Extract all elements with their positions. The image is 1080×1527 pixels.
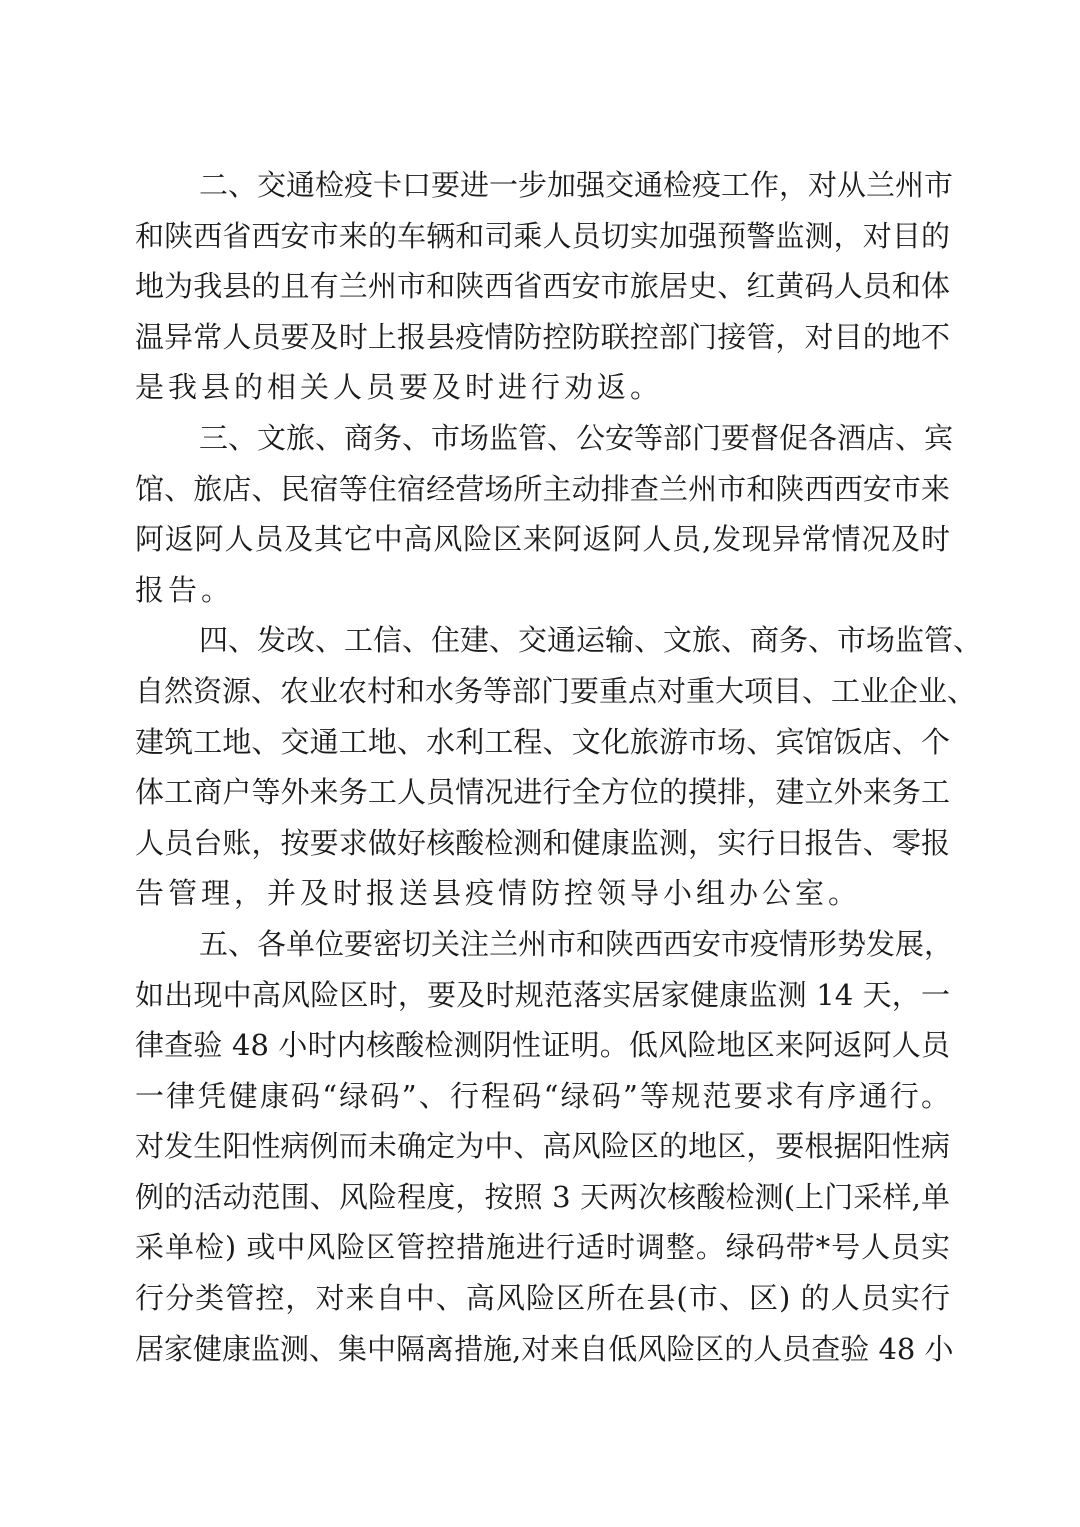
paragraph-line: 律查验 48 小时内核酸检测阴性证明。低风险地区来阿返阿人员 — [135, 1020, 950, 1071]
paragraph-line: 告管理，并及时报送县疫情防控领导小组办公室。 — [135, 868, 950, 919]
paragraph-line: 阿返阿人员及其它中高风险区来阿返阿人员,发现异常情况及时 — [135, 514, 950, 565]
paragraph-line: 例的活动范围、风险程度，按照 3 天两次核酸检测(上门采样,单 — [135, 1172, 950, 1223]
paragraph-line: 四、发改、工信、住建、交通运输、文旅、商务、市场监管、 — [135, 615, 950, 666]
paragraph-line: 体工商户等外来务工人员情况进行全方位的摸排，建立外来务工 — [135, 767, 950, 818]
paragraph-section-2: 二、交通检疫卡口要进一步加强交通检疫工作，对从兰州市 和陕西省西安市来的车辆和司… — [135, 160, 950, 413]
paragraph-line: 行分类管控，对来自中、高风险区所在县(市、区) 的人员实行 — [135, 1273, 950, 1324]
paragraph-line: 如出现中高风险区时，要及时规范落实居家健康监测 14 天，一 — [135, 970, 950, 1021]
paragraph-line: 一律凭健康码“绿码”、行程码“绿码”等规范要求有序通行。 — [135, 1071, 950, 1122]
paragraph-section-5: 五、各单位要密切关注兰州市和陕西西安市疫情形势发展， 如出现中高风险区时，要及时… — [135, 919, 950, 1374]
paragraph-line: 采单检) 或中风险区管控措施进行适时调整。绿码带*号人员实 — [135, 1222, 950, 1273]
paragraph-line: 建筑工地、交通工地、水利工程、文化旅游市场、宾馆饭店、个 — [135, 717, 950, 768]
paragraph-line: 地为我县的且有兰州市和陕西省西安市旅居史、红黄码人员和体 — [135, 261, 950, 312]
paragraph-line: 自然资源、农业农村和水务等部门要重点对重大项目、工业企业、 — [135, 666, 950, 717]
paragraph-line: 温异常人员要及时上报县疫情防控防联控部门接管，对目的地不 — [135, 312, 950, 363]
paragraph-section-4: 四、发改、工信、住建、交通运输、文旅、商务、市场监管、 自然资源、农业农村和水务… — [135, 615, 950, 919]
paragraph-line: 和陕西省西安市来的车辆和司乘人员切实加强预警监测，对目的 — [135, 211, 950, 262]
paragraph-line: 三、文旅、商务、市场监管、公安等部门要督促各酒店、宾 — [135, 413, 950, 464]
paragraph-section-3: 三、文旅、商务、市场监管、公安等部门要督促各酒店、宾 馆、旅店、民宿等住宿经营场… — [135, 413, 950, 615]
paragraph-line: 人员台账，按要求做好核酸检测和健康监测，实行日报告、零报 — [135, 818, 950, 869]
document-page: 二、交通检疫卡口要进一步加强交通检疫工作，对从兰州市 和陕西省西安市来的车辆和司… — [0, 0, 1080, 1527]
paragraph-line: 二、交通检疫卡口要进一步加强交通检疫工作，对从兰州市 — [135, 160, 950, 211]
paragraph-line: 报告。 — [135, 565, 950, 616]
paragraph-line: 是我县的相关人员要及时进行劝返。 — [135, 362, 950, 413]
document-body: 二、交通检疫卡口要进一步加强交通检疫工作，对从兰州市 和陕西省西安市来的车辆和司… — [135, 160, 950, 1374]
paragraph-line: 对发生阳性病例而未确定为中、高风险区的地区，要根据阳性病 — [135, 1121, 950, 1172]
paragraph-line: 馆、旅店、民宿等住宿经营场所主动排查兰州市和陕西西安市来 — [135, 464, 950, 515]
paragraph-line: 居家健康监测、集中隔离措施,对来自低风险区的人员查验 48 小 — [135, 1324, 950, 1375]
paragraph-line: 五、各单位要密切关注兰州市和陕西西安市疫情形势发展， — [135, 919, 950, 970]
